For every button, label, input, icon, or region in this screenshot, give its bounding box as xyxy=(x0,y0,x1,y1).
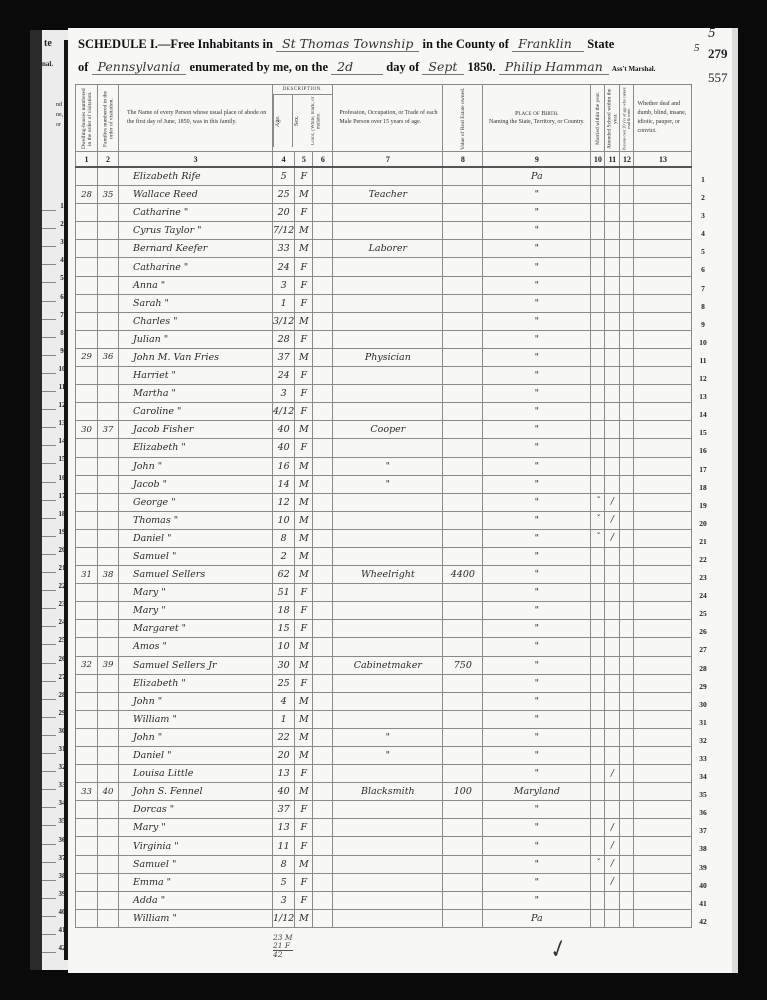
color xyxy=(313,529,333,547)
occupation xyxy=(333,367,443,385)
married-mark xyxy=(591,747,605,765)
birthplace: Maryland xyxy=(483,783,591,801)
married-mark xyxy=(591,222,605,240)
family-number xyxy=(98,204,119,222)
age: 20 xyxy=(273,747,295,765)
dwelling-number xyxy=(76,891,98,909)
family-number xyxy=(98,529,119,547)
row-number: 9 xyxy=(692,316,714,334)
row-number: 33 xyxy=(692,750,714,768)
row-number: 42 xyxy=(692,913,714,931)
row-number: 21 xyxy=(692,533,714,551)
column-number: 8 xyxy=(443,152,483,168)
dwelling-number xyxy=(76,837,98,855)
illiterate-mark xyxy=(620,475,634,493)
column-number: 5 xyxy=(295,152,313,168)
family-number xyxy=(98,602,119,620)
occupation xyxy=(333,801,443,819)
dwelling-number: 30 xyxy=(76,421,98,439)
census-row: John "16M"" xyxy=(76,457,692,475)
dwelling-number xyxy=(76,258,98,276)
header-color: Color, {White, black, or mulatto. xyxy=(311,95,331,147)
header-age: Age. xyxy=(273,95,292,147)
color xyxy=(313,421,333,439)
age: 24 xyxy=(273,367,295,385)
dwelling-number xyxy=(76,439,98,457)
sex: F xyxy=(295,367,313,385)
married-mark xyxy=(591,385,605,403)
occupation xyxy=(333,294,443,312)
family-number: 37 xyxy=(98,421,119,439)
row-number: 18 xyxy=(692,479,714,497)
illiterate-mark xyxy=(620,167,634,186)
dwelling-number xyxy=(76,167,98,186)
school-mark xyxy=(605,747,620,765)
condition xyxy=(634,167,692,186)
occupation xyxy=(333,330,443,348)
condition xyxy=(634,855,692,873)
birthplace: " xyxy=(483,529,591,547)
school-mark xyxy=(605,710,620,728)
married-mark xyxy=(591,602,605,620)
illiterate-mark xyxy=(620,909,634,927)
row-number: 34 xyxy=(692,768,714,786)
row-number: 19 xyxy=(692,497,714,515)
school-mark: / xyxy=(605,873,620,891)
real-estate-value xyxy=(443,529,483,547)
row-number: 15 xyxy=(692,424,714,442)
census-row: Martha "3F" xyxy=(76,385,692,403)
illiterate-mark xyxy=(620,692,634,710)
illiterate-mark xyxy=(620,620,634,638)
header-dwelling: Dwelling-houses numbered in the order of… xyxy=(76,85,98,152)
left-row-line xyxy=(42,681,56,682)
family-number xyxy=(98,891,119,909)
illiterate-mark xyxy=(620,258,634,276)
sex: M xyxy=(295,783,313,801)
family-number xyxy=(98,747,119,765)
illiterate-mark xyxy=(620,765,634,783)
census-row: Samuel "2M" xyxy=(76,547,692,565)
color xyxy=(313,403,333,421)
census-row: William "1/12MPa xyxy=(76,909,692,927)
age: 4/12 xyxy=(273,403,295,421)
age: 18 xyxy=(273,602,295,620)
occupation: " xyxy=(333,475,443,493)
school-mark xyxy=(605,728,620,746)
color xyxy=(313,909,333,927)
census-schedule-table: Dwelling-houses numbered in the order of… xyxy=(75,84,692,928)
family-number xyxy=(98,837,119,855)
birthplace: " xyxy=(483,294,591,312)
left-row-line xyxy=(42,916,56,917)
real-estate-value xyxy=(443,258,483,276)
condition xyxy=(634,186,692,204)
school-mark: / xyxy=(605,855,620,873)
left-row-line xyxy=(42,319,56,320)
family-number xyxy=(98,620,119,638)
person-name: Samuel Sellers xyxy=(119,566,273,584)
illiterate-mark xyxy=(620,584,634,602)
census-row: 3037Jacob Fisher40MCooper" xyxy=(76,421,692,439)
row-number: 6 xyxy=(692,261,714,279)
person-name: Anna " xyxy=(119,276,273,294)
sex: M xyxy=(295,710,313,728)
birthplace: " xyxy=(483,656,591,674)
census-row: George "12M"ˇ/ xyxy=(76,493,692,511)
sex: M xyxy=(295,240,313,258)
birthplace: " xyxy=(483,421,591,439)
color xyxy=(313,638,333,656)
person-name: Harriet " xyxy=(119,367,273,385)
dwelling-number xyxy=(76,367,98,385)
age: 40 xyxy=(273,421,295,439)
illiterate-mark xyxy=(620,367,634,385)
real-estate-value xyxy=(443,765,483,783)
enumerated-label: enumerated by me, on the xyxy=(190,60,329,74)
occupation xyxy=(333,855,443,873)
married-mark xyxy=(591,909,605,927)
occupation: Laborer xyxy=(333,240,443,258)
illiterate-mark xyxy=(620,312,634,330)
left-row-line xyxy=(42,608,56,609)
age: 3/12 xyxy=(273,312,295,330)
age: 1 xyxy=(273,710,295,728)
family-number xyxy=(98,294,119,312)
illiterate-mark xyxy=(620,656,634,674)
real-estate-value xyxy=(443,312,483,330)
age: 5 xyxy=(273,873,295,891)
occupation xyxy=(333,547,443,565)
color xyxy=(313,204,333,222)
color xyxy=(313,692,333,710)
real-estate-value xyxy=(443,421,483,439)
birthplace: " xyxy=(483,801,591,819)
school-mark xyxy=(605,240,620,258)
real-estate-value xyxy=(443,837,483,855)
row-number: 29 xyxy=(692,678,714,696)
census-row: Caroline "4/12F" xyxy=(76,403,692,421)
left-row-line xyxy=(42,572,56,573)
person-name: Samuel Sellers Jr xyxy=(119,656,273,674)
condition xyxy=(634,638,692,656)
illiterate-mark xyxy=(620,439,634,457)
age: 1 xyxy=(273,294,295,312)
illiterate-mark xyxy=(620,186,634,204)
dwelling-number xyxy=(76,638,98,656)
age: 3 xyxy=(273,385,295,403)
occupation xyxy=(333,710,443,728)
married-mark xyxy=(591,403,605,421)
person-name: Samuel " xyxy=(119,547,273,565)
real-estate-value: 4400 xyxy=(443,566,483,584)
school-mark: / xyxy=(605,819,620,837)
census-row: Catharine "24F" xyxy=(76,258,692,276)
age: 62 xyxy=(273,566,295,584)
married-mark xyxy=(591,891,605,909)
header-birthplace-group: Place of Birth. Naming the State, Territ… xyxy=(483,85,591,152)
header-name: The Name of every Person whose usual pla… xyxy=(119,85,273,152)
family-number xyxy=(98,511,119,529)
condition xyxy=(634,728,692,746)
row-number: 11 xyxy=(692,352,714,370)
census-row: Jacob "14M"" xyxy=(76,475,692,493)
real-estate-value xyxy=(443,330,483,348)
married-mark xyxy=(591,167,605,186)
birthplace: " xyxy=(483,493,591,511)
sex: M xyxy=(295,529,313,547)
age: 11 xyxy=(273,837,295,855)
dwelling-number xyxy=(76,728,98,746)
left-row-line xyxy=(42,337,56,338)
page-number-stamp: 279 xyxy=(708,46,728,62)
census-row: Sarah "1F" xyxy=(76,294,692,312)
real-estate-value xyxy=(443,403,483,421)
real-estate-value xyxy=(443,692,483,710)
census-row: Elizabeth "40F" xyxy=(76,439,692,457)
schedule-label: SCHEDULE I.—Free Inhabitants in xyxy=(78,37,273,51)
header-married: Married within the year. xyxy=(591,85,605,152)
occupation: " xyxy=(333,747,443,765)
row-number: 2 xyxy=(692,189,714,207)
left-row-line xyxy=(42,228,56,229)
family-number: 36 xyxy=(98,348,119,366)
dwelling-number xyxy=(76,294,98,312)
row-number: 16 xyxy=(692,442,714,460)
left-row-line xyxy=(42,735,56,736)
census-row: Virginia "11F"/ xyxy=(76,837,692,855)
row-number: 32 xyxy=(692,732,714,750)
sex: M xyxy=(295,312,313,330)
condition xyxy=(634,529,692,547)
left-row-line xyxy=(42,391,56,392)
illiterate-mark xyxy=(620,529,634,547)
census-row: Cyrus Taylor "7/12M" xyxy=(76,222,692,240)
left-row-line xyxy=(42,844,56,845)
state-field: Pennsylvania xyxy=(92,59,187,75)
birthplace: " xyxy=(483,710,591,728)
real-estate-value xyxy=(443,348,483,366)
dwelling-number xyxy=(76,710,98,728)
person-name: Jacob Fisher xyxy=(119,421,273,439)
age: 33 xyxy=(273,240,295,258)
color xyxy=(313,801,333,819)
person-name: Elizabeth " xyxy=(119,439,273,457)
family-number xyxy=(98,475,119,493)
occupation xyxy=(333,385,443,403)
census-row: Thomas "10M"ˇ/ xyxy=(76,511,692,529)
left-row-line xyxy=(42,500,56,501)
dwelling-number xyxy=(76,602,98,620)
school-mark xyxy=(605,294,620,312)
column-number: 4 xyxy=(273,152,295,168)
color xyxy=(313,674,333,692)
color xyxy=(313,222,333,240)
school-mark xyxy=(605,602,620,620)
real-estate-value: 750 xyxy=(443,656,483,674)
color xyxy=(313,312,333,330)
person-name: Wallace Reed xyxy=(119,186,273,204)
left-row-line xyxy=(42,880,56,881)
left-row-line xyxy=(42,355,56,356)
county-field: Franklin xyxy=(512,36,584,52)
illiterate-mark xyxy=(620,873,634,891)
row-number: 14 xyxy=(692,406,714,424)
school-mark xyxy=(605,348,620,366)
condition xyxy=(634,837,692,855)
census-row: Elizabeth Rife5FPa xyxy=(76,167,692,186)
row-number: 13 xyxy=(692,388,714,406)
real-estate-value xyxy=(443,167,483,186)
row-number: 24 xyxy=(692,587,714,605)
left-row-line xyxy=(42,717,56,718)
birthplace: " xyxy=(483,330,591,348)
family-number xyxy=(98,312,119,330)
left-row-line xyxy=(42,301,56,302)
sex: F xyxy=(295,385,313,403)
person-name: Sarah " xyxy=(119,294,273,312)
occupation xyxy=(333,819,443,837)
married-mark xyxy=(591,439,605,457)
sex: M xyxy=(295,421,313,439)
school-mark xyxy=(605,258,620,276)
column-number: 2 xyxy=(98,152,119,168)
header-family: Families numbered in the order of visita… xyxy=(98,85,119,152)
married-mark xyxy=(591,547,605,565)
married-mark xyxy=(591,656,605,674)
header-birthplace-title: Place of Birth. xyxy=(486,109,587,119)
occupation xyxy=(333,674,443,692)
married-mark xyxy=(591,584,605,602)
married-mark xyxy=(591,330,605,348)
school-mark xyxy=(605,186,620,204)
person-name: Emma " xyxy=(119,873,273,891)
birthplace: " xyxy=(483,475,591,493)
row-number: 20 xyxy=(692,515,714,533)
sex: M xyxy=(295,186,313,204)
school-mark xyxy=(605,222,620,240)
dwelling-number xyxy=(76,204,98,222)
condition xyxy=(634,620,692,638)
dwelling-number xyxy=(76,819,98,837)
sex: M xyxy=(295,566,313,584)
dwelling-number xyxy=(76,692,98,710)
married-mark xyxy=(591,276,605,294)
illiterate-mark xyxy=(620,801,634,819)
real-estate-value: 100 xyxy=(443,783,483,801)
census-row: John "4M" xyxy=(76,692,692,710)
occupation: Cabinetmaker xyxy=(333,656,443,674)
age: 1/12 xyxy=(273,909,295,927)
married-mark xyxy=(591,728,605,746)
person-name: William " xyxy=(119,909,273,927)
header-school: Attended School within the year. xyxy=(605,85,620,152)
condition xyxy=(634,439,692,457)
age: 25 xyxy=(273,674,295,692)
left-row-line xyxy=(42,210,56,211)
school-mark xyxy=(605,638,620,656)
condition xyxy=(634,421,692,439)
occupation xyxy=(333,909,443,927)
birthplace: " xyxy=(483,276,591,294)
row-number: 4 xyxy=(692,225,714,243)
occupation xyxy=(333,529,443,547)
illiterate-mark xyxy=(620,819,634,837)
school-mark xyxy=(605,475,620,493)
color xyxy=(313,602,333,620)
dwelling-number xyxy=(76,493,98,511)
left-row-line xyxy=(42,246,56,247)
column-number: 13 xyxy=(634,152,692,168)
school-mark xyxy=(605,909,620,927)
dwelling-number: 28 xyxy=(76,186,98,204)
married-mark xyxy=(591,348,605,366)
school-mark xyxy=(605,421,620,439)
occupation xyxy=(333,222,443,240)
sex: F xyxy=(295,620,313,638)
person-name: Elizabeth Rife xyxy=(119,167,273,186)
real-estate-value xyxy=(443,493,483,511)
dwelling-number xyxy=(76,674,98,692)
color xyxy=(313,348,333,366)
person-name: Catharine " xyxy=(119,204,273,222)
census-row: Daniel "8M"ˇ/ xyxy=(76,529,692,547)
sex: F xyxy=(295,294,313,312)
birthplace: " xyxy=(483,222,591,240)
census-page: SCHEDULE I.—Free Inhabitants in St Thoma… xyxy=(68,28,732,973)
left-row-line xyxy=(42,934,56,935)
condition xyxy=(634,457,692,475)
illiterate-mark xyxy=(620,783,634,801)
dwelling-number xyxy=(76,620,98,638)
left-row-line xyxy=(42,789,56,790)
census-row: Amos "10M" xyxy=(76,638,692,656)
occupation xyxy=(333,204,443,222)
illiterate-mark xyxy=(620,674,634,692)
sex: F xyxy=(295,765,313,783)
age: 8 xyxy=(273,529,295,547)
age: 28 xyxy=(273,330,295,348)
birthplace: " xyxy=(483,457,591,475)
illiterate-mark xyxy=(620,403,634,421)
real-estate-value xyxy=(443,385,483,403)
header-birthplace: Naming the State, Territory, or Country. xyxy=(486,118,587,127)
school-mark xyxy=(605,439,620,457)
color xyxy=(313,457,333,475)
left-row-line xyxy=(42,409,56,410)
dwelling-number: 33 xyxy=(76,783,98,801)
family-number xyxy=(98,493,119,511)
left-row-line xyxy=(42,554,56,555)
birthplace: " xyxy=(483,240,591,258)
real-estate-value xyxy=(443,855,483,873)
real-estate-value xyxy=(443,222,483,240)
color xyxy=(313,167,333,186)
color xyxy=(313,620,333,638)
row-number: 27 xyxy=(692,641,714,659)
census-row: Elizabeth "25F" xyxy=(76,674,692,692)
school-mark xyxy=(605,584,620,602)
age: 13 xyxy=(273,819,295,837)
color xyxy=(313,566,333,584)
census-row: John "22M"" xyxy=(76,728,692,746)
sex: M xyxy=(295,511,313,529)
color xyxy=(313,330,333,348)
birthplace: " xyxy=(483,819,591,837)
real-estate-value xyxy=(443,728,483,746)
birthplace: " xyxy=(483,367,591,385)
real-estate-value xyxy=(443,909,483,927)
